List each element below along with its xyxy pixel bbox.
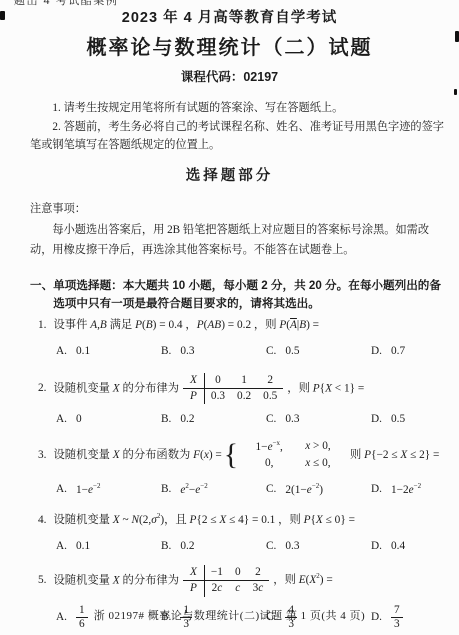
table-cell: −1 (205, 565, 229, 581)
table-row: P2cc3c (183, 581, 269, 596)
option-a: A.0 (56, 411, 161, 428)
option-c: C.0.3 (266, 411, 371, 428)
stem-text: 设事件 A,B 满足 P(B) = 0.4 ，P(AB) = 0.2 ，则 P(… (53, 319, 319, 331)
exam-paper-title: 概率论与数理统计（二）试题 (0, 33, 459, 63)
option-label: D. (371, 538, 382, 555)
option-label: D. (371, 481, 382, 498)
stem-text: 设随机变量 X 的分布函数为 F(x) = (53, 449, 221, 461)
option-value: 0.3 (285, 411, 299, 428)
question-4: 4.设随机变量 X ~ N(2,σ2)，且 P{2 ≤ X ≤ 4} = 0.1… (38, 511, 449, 555)
question-2: 2.设随机变量 X 的分布律为X012P0.30.20.5，则 P{X < 1}… (38, 373, 449, 428)
question-1: 1.设事件 A,B 满足 P(B) = 0.4 ，P(AB) = 0.2 ，则 … (38, 317, 449, 360)
option-value: 0.4 (391, 538, 405, 555)
cases-brace: { (224, 441, 238, 470)
clipped-header-text: 题出 4 考试酷案例 (14, 0, 118, 10)
table-row: X012 (183, 373, 283, 389)
table-row: P0.30.20.5 (183, 389, 283, 404)
stem-text: 设随机变量 X 的分布律为 (53, 382, 179, 394)
option-c: C.0.5 (266, 343, 371, 360)
option-d: D.0.5 (371, 411, 459, 428)
question-number: 1. (38, 319, 46, 331)
case-condition: x ≤ 0, (305, 456, 345, 472)
notes-body: 每小题选出答案后，用 2B 铅笔把答题纸上对应题目的答案标号涂黑。如需改动，用橡… (30, 220, 445, 260)
option-value: 0 (76, 411, 82, 428)
option-d: D.1−2e−2 (371, 481, 459, 499)
question-3-stem: 3.设随机变量 X 的分布函数为 F(x) ={1−e−x,x > 0,0,x … (38, 439, 449, 471)
table-cell: 3c (247, 581, 270, 596)
scan-artifact (454, 89, 457, 95)
stem-text: 设随机变量 X 的分布律为 (53, 574, 179, 586)
table-cell: c (229, 581, 247, 596)
question-2-stem: 2.设随机变量 X 的分布律为X012P0.30.20.5，则 P{X < 1}… (38, 373, 449, 405)
table-row: X−102 (183, 565, 269, 581)
option-label: B. (161, 538, 171, 555)
question-3-options: A.1−e−2 B.e2−e−2 C.2(1−e−2) D.1−2e−2 (56, 481, 449, 499)
piecewise-function: {1−e−x,x > 0,0,x ≤ 0, (224, 439, 345, 471)
question-1-stem: 1.设事件 A,B 满足 P(B) = 0.4 ，P(AB) = 0.2 ，则 … (38, 317, 449, 334)
case-row: 0,x ≤ 0, (240, 456, 345, 472)
scan-artifact (0, 11, 5, 20)
distribution-table: X−102P2cc3c (183, 565, 269, 597)
option-b: B.0.2 (161, 411, 266, 428)
option-value: 0.2 (180, 411, 194, 428)
stem-text: ，则 E(X2) = (273, 574, 332, 586)
option-b: B.0.2 (161, 538, 266, 555)
cases-body: 1−e−x,x > 0,0,x ≤ 0, (240, 439, 345, 471)
option-c: C.0.3 (266, 538, 371, 555)
option-value: 1−e−2 (76, 481, 101, 499)
exam-page: 题出 4 考试酷案例 2023 年 4 月高等教育自学考试 概率论与数理统计（二… (0, 0, 459, 635)
option-label: B. (161, 481, 171, 498)
option-value: 1−2e−2 (391, 481, 421, 499)
question-4-options: A.0.1 B.0.2 C.0.3 D.0.4 (56, 538, 449, 555)
option-label: A. (56, 538, 67, 555)
table-cell: 2c (205, 581, 229, 596)
option-a: A.0.1 (56, 343, 161, 360)
table-cell: 0.5 (257, 389, 283, 404)
option-label: B. (161, 343, 171, 360)
option-label: D. (371, 411, 382, 428)
table-cell: 0 (205, 373, 231, 389)
case-condition: x > 0, (305, 439, 345, 456)
option-label: A. (56, 411, 67, 428)
question-number: 2. (38, 382, 46, 394)
option-label: C. (266, 343, 276, 360)
option-value: 2(1−e−2) (285, 481, 323, 499)
option-value: 0.3 (285, 538, 299, 555)
option-value: 0.5 (285, 343, 299, 360)
scan-artifact (455, 31, 459, 42)
option-value: 0.1 (76, 538, 90, 555)
table-cell: X (183, 373, 205, 389)
option-value: 0.7 (391, 343, 405, 360)
course-code: 课程代码：02197 (0, 68, 459, 87)
option-value: e2−e−2 (180, 481, 207, 499)
notes-label: 注意事项： (30, 201, 459, 218)
question-2-options: A.0 B.0.2 C.0.3 D.0.5 (56, 411, 449, 428)
page-footer: 浙 02197# 概率论与数理统计(二)试题 第 1 页(共 4 页) (0, 608, 459, 625)
instructions-block: 1. 请考生按规定用笔将所有试题的答案涂、写在答题纸上。 2. 答题前，考生务必… (30, 100, 445, 156)
case-row: 1−e−x,x > 0, (240, 439, 345, 456)
stem-text: 设随机变量 X ~ N(2,σ2)，且 P{2 ≤ X ≤ 4} = 0.1 ，… (53, 514, 354, 526)
instruction-item-2: 2. 答题前，考生务必将自己的考试课程名称、姓名、准考证号用黑色字迹的签字笔或钢… (30, 119, 445, 155)
question-number: 5. (38, 574, 46, 586)
distribution-table: X012P0.30.20.5 (183, 373, 283, 405)
option-d: D.0.7 (371, 343, 459, 360)
stem-text: 则 P{−2 ≤ X ≤ 2} = (347, 449, 439, 461)
option-label: C. (266, 411, 276, 428)
option-label: A. (56, 343, 67, 360)
table-cell: 0.2 (231, 389, 257, 404)
table-cell: 2 (257, 373, 283, 389)
question-4-stem: 4.设随机变量 X ~ N(2,σ2)，且 P{2 ≤ X ≤ 4} = 0.1… (38, 511, 449, 529)
option-value: 0.3 (180, 343, 194, 360)
option-a: A.1−e−2 (56, 481, 161, 499)
option-value: 0.1 (76, 343, 90, 360)
option-value: 0.2 (180, 538, 194, 555)
question-number: 4. (38, 514, 46, 526)
exam-session-title: 2023 年 4 月高等教育自学考试 (0, 8, 459, 30)
option-a: A.0.1 (56, 538, 161, 555)
table-cell: 0.3 (205, 389, 231, 404)
table-cell: 1 (231, 373, 257, 389)
table-cell: P (183, 581, 205, 596)
question-number: 3. (38, 449, 46, 461)
option-c: C.2(1−e−2) (266, 481, 371, 499)
option-b: B.e2−e−2 (161, 481, 266, 499)
question-3: 3.设随机变量 X 的分布函数为 F(x) ={1−e−x,x > 0,0,x … (38, 439, 449, 498)
option-d: D.0.4 (371, 538, 459, 555)
stem-text: ，则 P{X < 1} = (287, 382, 364, 394)
option-label: A. (56, 481, 67, 498)
table-cell: 0 (229, 565, 247, 581)
table-cell: 2 (247, 565, 270, 581)
table-cell: P (183, 389, 205, 404)
option-b: B.0.3 (161, 343, 266, 360)
question-5-stem: 5.设随机变量 X 的分布律为X−102P2cc3c，则 E(X2) = (38, 565, 449, 597)
question-1-options: A.0.1 B.0.3 C.0.5 D.0.7 (56, 343, 449, 360)
case-expression: 0, (240, 456, 298, 472)
part-one-heading: 一、单项选择题：本大题共 10 小题，每小题 2 分，共 20 分。在每小题列出… (30, 277, 445, 313)
section-title: 选择题部分 (0, 166, 459, 188)
option-label: D. (371, 343, 382, 360)
case-expression: 1−e−x, (240, 439, 298, 456)
instruction-item-1: 1. 请考生按规定用笔将所有试题的答案涂、写在答题纸上。 (30, 100, 445, 118)
option-label: C. (266, 538, 276, 555)
option-value: 0.5 (391, 411, 405, 428)
table-cell: X (183, 565, 205, 581)
option-label: B. (161, 411, 171, 428)
option-label: C. (266, 481, 276, 498)
